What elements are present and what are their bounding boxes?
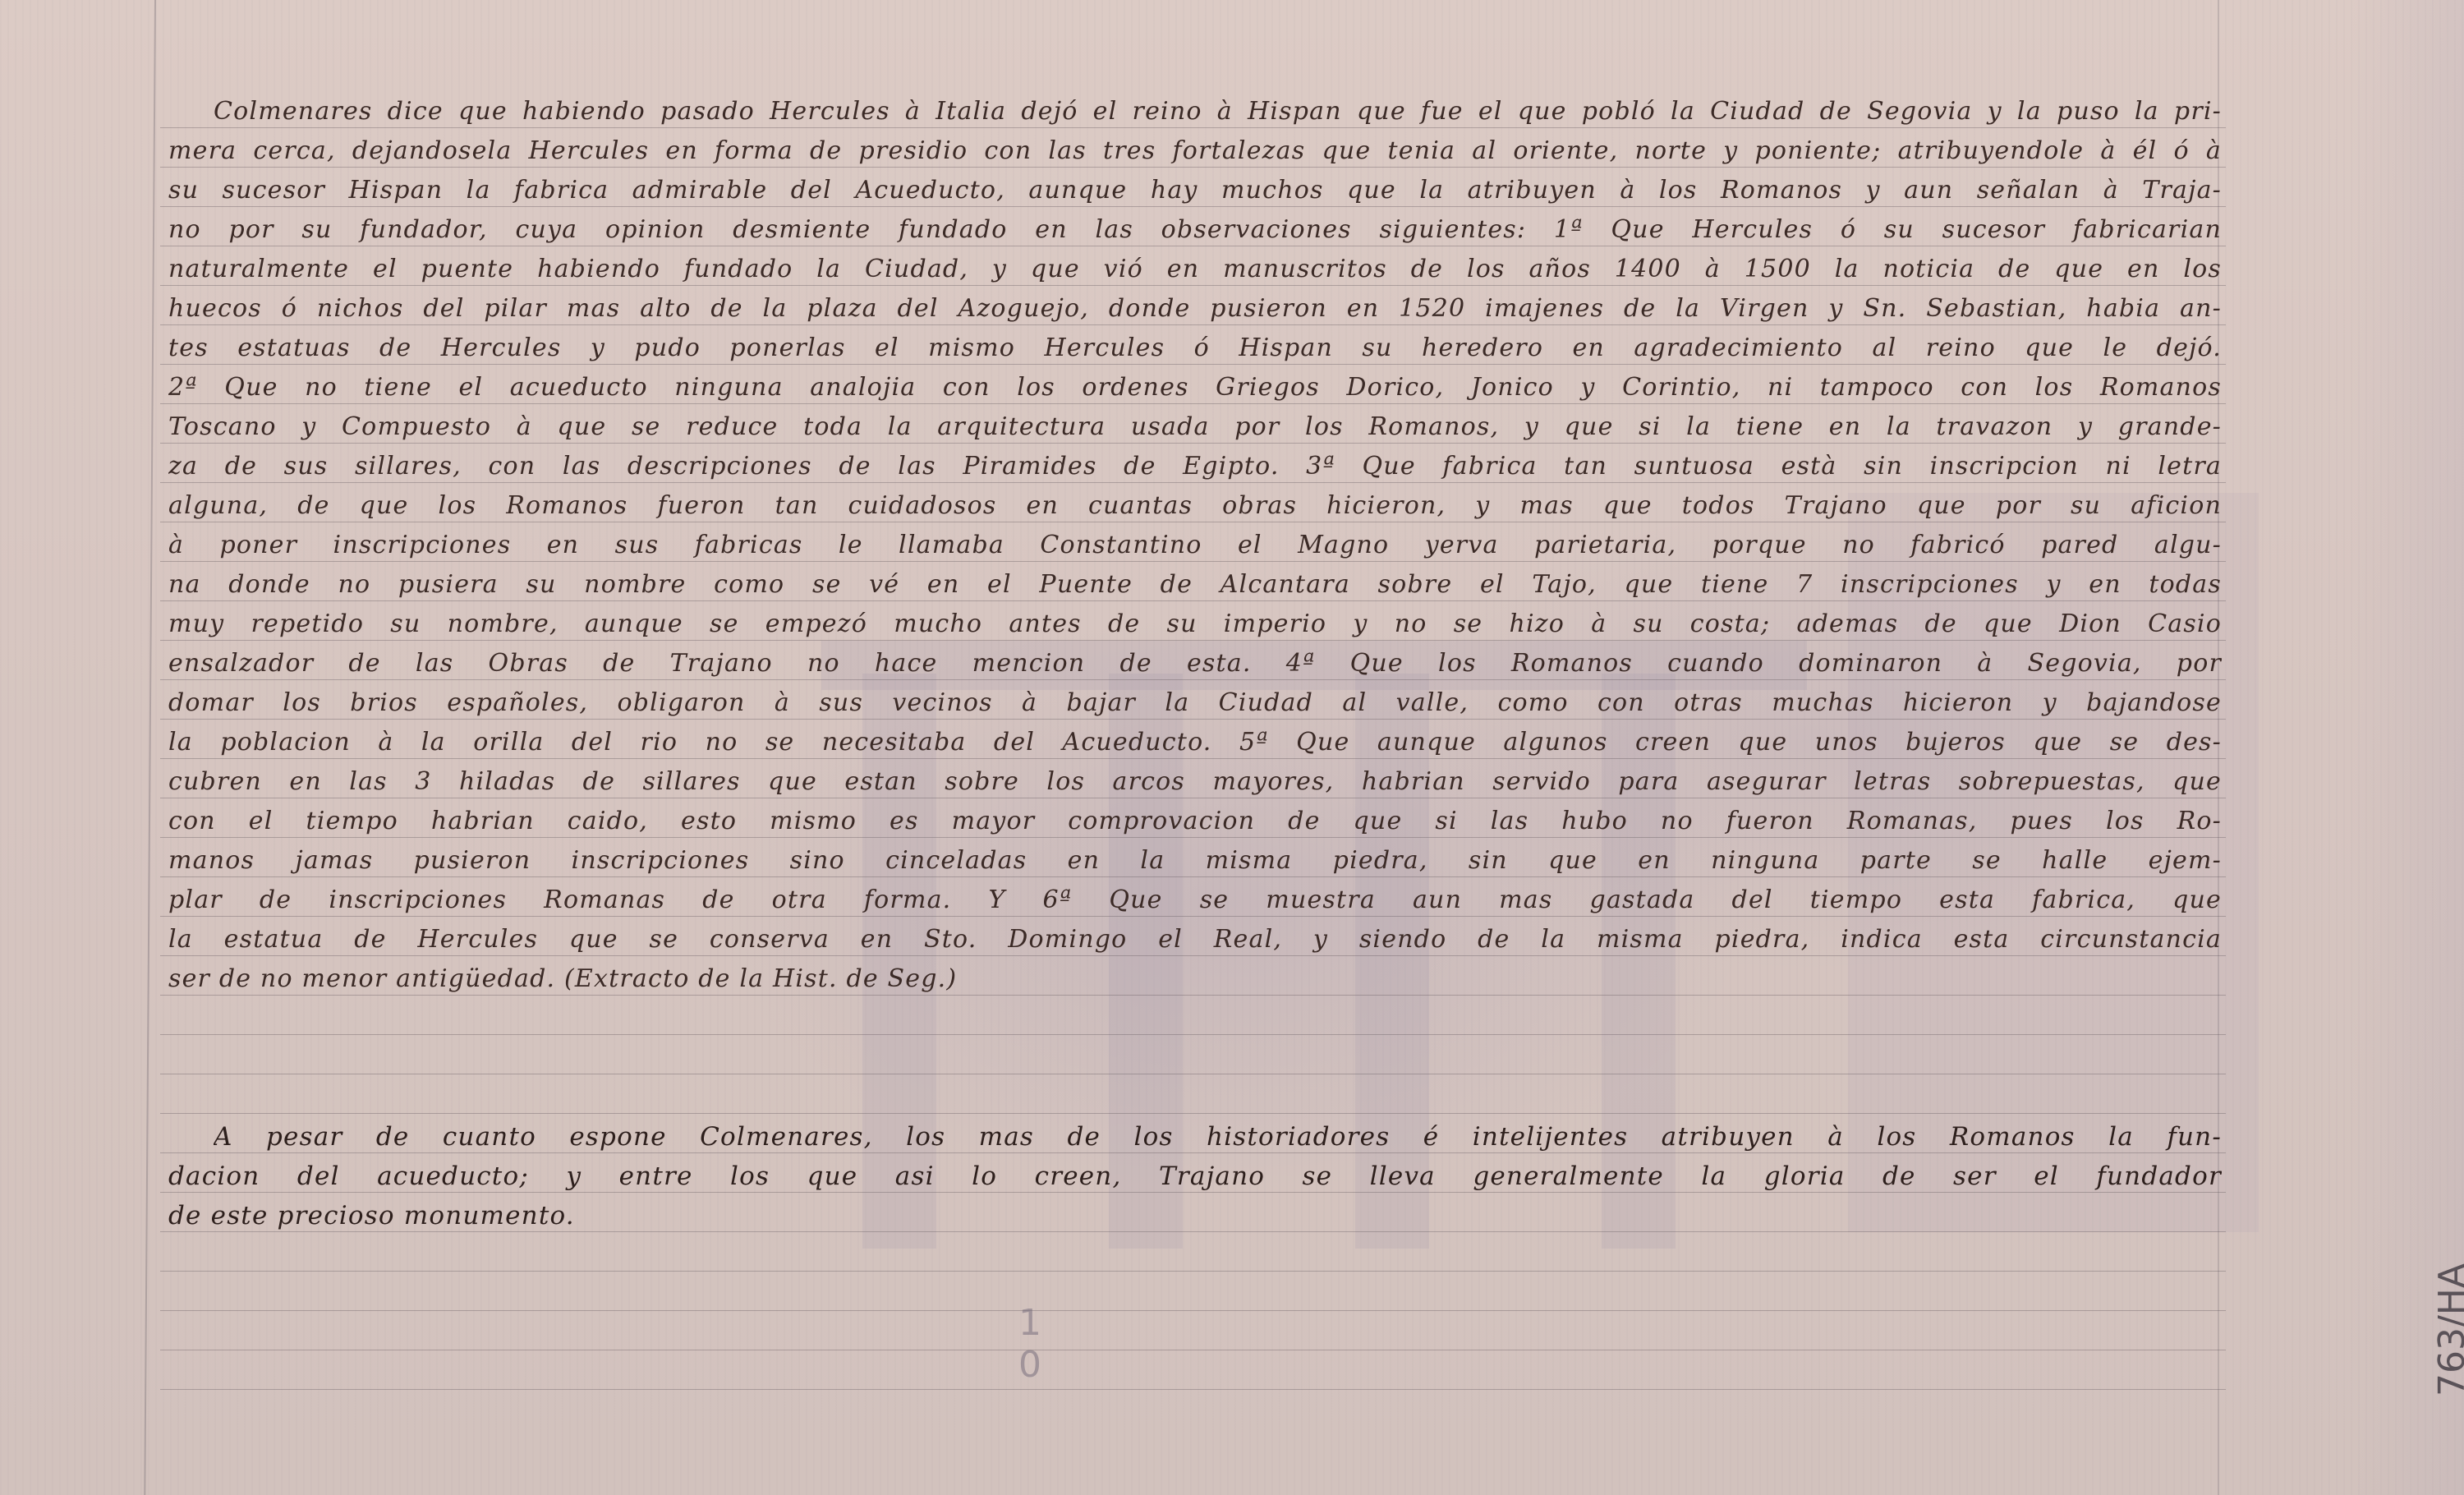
text-line: domar los brios españoles, obligaron à s… (168, 683, 2222, 723)
text-line: con el tiempo habrian caido, esto mismo … (168, 802, 2222, 841)
text-line: naturalmente el puente habiendo fundado … (168, 250, 2222, 289)
ruled-line (160, 1271, 2226, 1272)
shelfmark-annotation: 763/HA (2431, 1263, 2464, 1396)
ruled-line (160, 1113, 2226, 1114)
text-line: cubren en las 3 hiladas de sillares que … (168, 762, 2222, 802)
ruled-line (160, 1350, 2226, 1350)
manuscript-page: Colmenares dice que habiendo pasado Herc… (0, 0, 2464, 1495)
text-line: Colmenares dice que habiendo pasado Herc… (214, 92, 2222, 131)
text-line: la poblacion à la orilla del rio no se n… (168, 723, 2222, 762)
text-line: manos jamas pusieron inscripciones sino … (168, 841, 2222, 881)
text-line: tes estatuas de Hercules y pudo ponerlas… (168, 329, 2222, 368)
text-line: su sucesor Hispan la fabrica admirable d… (168, 171, 2222, 210)
text-line: A pesar de cuanto espone Colmenares, los… (214, 1117, 2222, 1157)
ruled-line (160, 1074, 2226, 1074)
ruled-line (160, 1389, 2226, 1390)
text-line: dacion del acueducto; y entre los que as… (168, 1157, 2222, 1196)
text-line: huecos ó nichos del pilar mas alto de la… (168, 289, 2222, 329)
faded-page-number-stamp: 1 0 (1018, 1302, 1158, 1351)
text-line: no por su fundador, cuya opinion desmien… (168, 210, 2222, 250)
text-line: muy repetido su nombre, aunque se empezó… (168, 605, 2222, 644)
text-line: alguna, de que los Romanos fueron tan cu… (168, 486, 2222, 526)
text-line: la estatua de Hercules que se conserva e… (168, 920, 2222, 959)
text-line-citation: ser de no menor antigüedad. (Extracto de… (168, 959, 2222, 999)
text-line: za de sus sillares, con las descripcione… (168, 447, 2222, 486)
text-line: à poner inscripciones en sus fabricas le… (168, 526, 2222, 565)
text-line: Toscano y Compuesto à que se reduce toda… (168, 407, 2222, 447)
text-line: ensalzador de las Obras de Trajano no ha… (168, 644, 2222, 683)
text-line: 2ª Que no tiene el acueducto ninguna ana… (168, 368, 2222, 407)
text-line: plar de inscripciones Romanas de otra fo… (168, 881, 2222, 920)
ruled-line (160, 1310, 2226, 1311)
text-line: mera cerca, dejandosela Hercules en form… (168, 131, 2222, 171)
text-line: na donde no pusiera su nombre como se vé… (168, 565, 2222, 605)
ruled-line (160, 1034, 2226, 1035)
left-margin-rule (144, 0, 156, 1495)
text-line: de este precioso monumento. (168, 1196, 2222, 1235)
